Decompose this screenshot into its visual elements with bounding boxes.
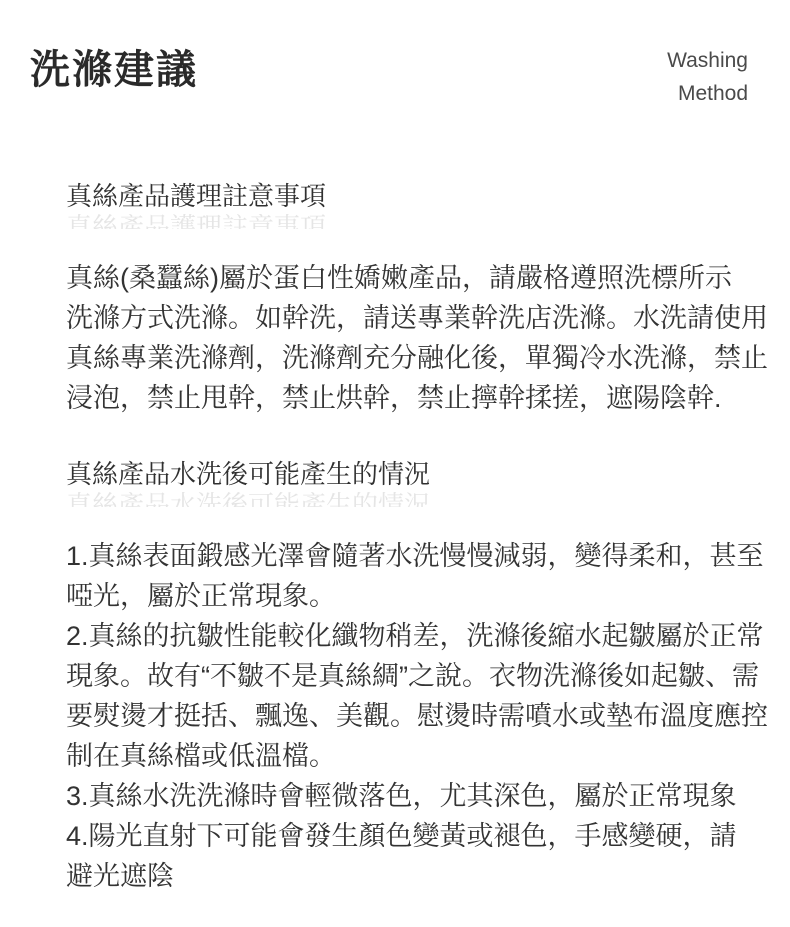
list-line: 2.真絲的抗皺性能較化纖物稍差，洗滌後縮水起皺屬於正常 — [66, 616, 758, 656]
care-instructions-content: 真絲產品護理註意事項 真絲產品護理註意事項 真絲(桑蠶絲)屬於蛋白性嬌嫩產品，請… — [66, 181, 758, 896]
list-line: 啞光，屬於正常現象。 — [66, 576, 758, 616]
list-line: 要熨燙才挺括、飄逸、美觀。慰燙時需噴水或墊布溫度應控 — [66, 696, 758, 736]
page-title: 洗滌建議 — [30, 46, 198, 94]
list-line: 1.真絲表面鍛感光澤會隨著水洗慢慢減弱，變得柔和，甚至 — [66, 536, 758, 576]
section1-heading-ghost: 真絲產品護理註意事項 — [66, 214, 758, 229]
section2-heading: 真絲產品水洗後可能產生的情況 — [66, 459, 758, 489]
section2-list: 1.真絲表面鍛感光澤會隨著水洗慢慢減弱，變得柔和，甚至 啞光，屬於正常現象。 2… — [66, 536, 758, 896]
corner-subtitle: Washing Method — [667, 44, 748, 110]
corner-subtitle-line1: Washing — [667, 44, 748, 77]
list-line: 制在真絲檔或低溫檔。 — [66, 736, 758, 776]
body-line: 浸泡，禁止甩幹，禁止烘幹，禁止擰幹揉搓，遮陽陰幹. — [66, 378, 758, 418]
list-line: 現象。故有“不皺不是真絲綢”之說。衣物洗滌後如起皺、需 — [66, 656, 758, 696]
list-line: 避光遮陰 — [66, 856, 758, 896]
body-line: 真絲專業洗滌劑，洗滌劑充分融化後，單獨冷水洗滌，禁止 — [66, 338, 758, 378]
corner-subtitle-line2: Method — [667, 77, 748, 110]
body-line: 洗滌方式洗滌。如幹洗，請送專業幹洗店洗滌。水洗請使用 — [66, 298, 758, 338]
list-line: 4.陽光直射下可能會發生顏色變黃或褪色，手感變硬，請 — [66, 816, 758, 856]
section1-heading: 真絲產品護理註意事項 — [66, 181, 758, 211]
washing-method-page: 洗滌建議 Washing Method 真絲產品護理註意事項 真絲產品護理註意事… — [0, 0, 790, 927]
body-line: 真絲(桑蠶絲)屬於蛋白性嬌嫩產品，請嚴格遵照洗標所示 — [66, 258, 758, 298]
list-line: 3.真絲水洗洗滌時會輕微落色，尤其深色，屬於正常現象 — [66, 776, 758, 816]
section1-paragraph: 真絲(桑蠶絲)屬於蛋白性嬌嫩產品，請嚴格遵照洗標所示 洗滌方式洗滌。如幹洗，請送… — [66, 258, 758, 418]
section2-heading-ghost: 真絲產品水洗後可能產生的情況 — [66, 492, 758, 507]
